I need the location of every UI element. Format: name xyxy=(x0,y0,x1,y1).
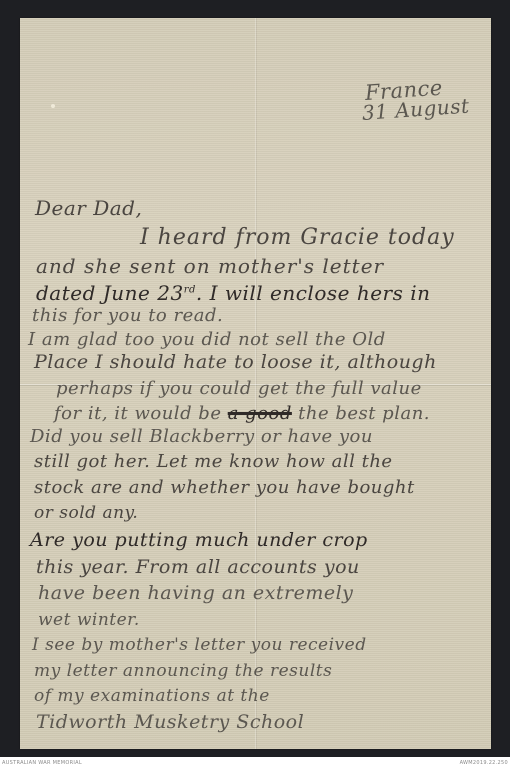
letter-line-text: . I will enclose hers in xyxy=(196,281,431,305)
letter-line: Place I should hate to loose it, althoug… xyxy=(34,351,437,373)
letter-line: I am glad too you did not sell the Old xyxy=(28,329,386,350)
letter-line: this year. From all accounts you xyxy=(36,556,360,578)
letter-line: Are you putting much under crop xyxy=(30,529,368,551)
letter-line: or sold any. xyxy=(34,503,138,523)
accession-number: AWM2019.22.250 xyxy=(460,760,508,766)
letter-line: for it, it would be a good the best plan… xyxy=(54,403,430,424)
letter-line: Tidworth Musketry School xyxy=(36,711,304,733)
letter-line: my letter announcing the results xyxy=(34,661,332,681)
ordinal-suffix: rd xyxy=(184,284,196,295)
letter-line: dated June 23rd. I will enclose hers in xyxy=(36,281,431,305)
struck-text: a good xyxy=(228,403,292,424)
letter-line: I heard from Gracie today xyxy=(140,225,455,250)
letter-line-text: the best plan. xyxy=(292,403,430,424)
letter-line: perhaps if you could get the full value xyxy=(56,378,422,399)
letter-line: and she sent on mother's letter xyxy=(36,254,384,278)
letter-line: have been having an extremely xyxy=(38,582,353,604)
letter-line: this for you to read. xyxy=(32,305,223,326)
letter-line: still got her. Let me know how all the xyxy=(34,451,393,472)
letter-line: wet winter. xyxy=(38,610,140,630)
letter-page: France 31 August Dear Dad, I heard from … xyxy=(20,18,491,749)
letter-salutation: Dear Dad, xyxy=(35,196,142,220)
letter-line: stock are and whether you have bought xyxy=(34,477,415,498)
letter-line: of my examinations at the xyxy=(34,686,270,706)
institution-credit: AUSTRALIAN WAR MEMORIAL xyxy=(2,760,82,766)
letter-line-text: dated June 23 xyxy=(36,281,184,305)
scan-background: France 31 August Dear Dad, I heard from … xyxy=(0,0,510,757)
letter-line: I see by mother's letter you received xyxy=(32,635,367,655)
letter-line: Did you sell Blackberry or have you xyxy=(30,426,373,447)
letter-line-text: for it, it would be xyxy=(54,403,228,424)
paper-hole xyxy=(51,104,55,108)
